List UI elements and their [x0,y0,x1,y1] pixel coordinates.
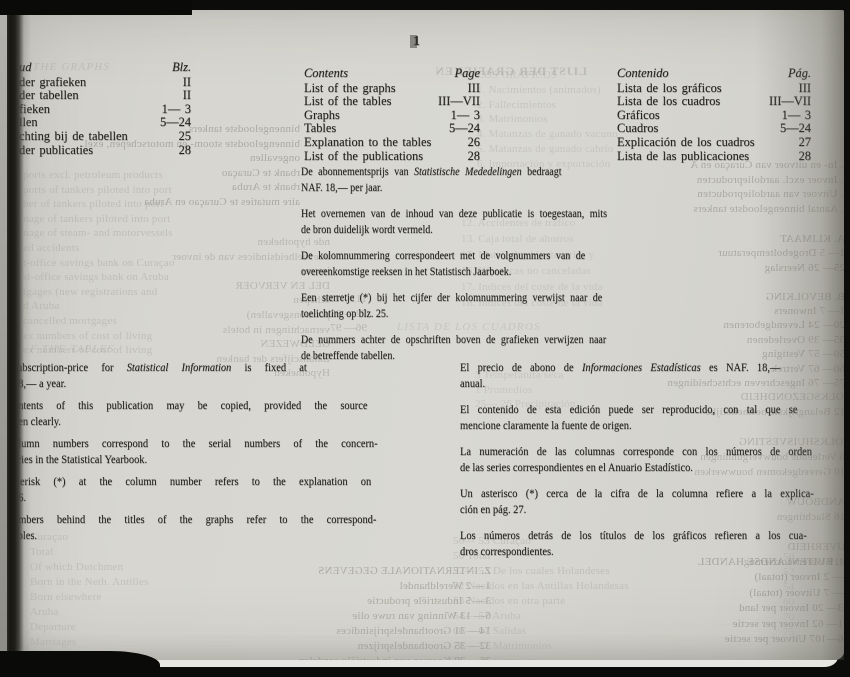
toc-page-number: III [468,82,480,96]
toc-row: Explicación de los cuadros27 [617,136,811,150]
paragraph-line: La numeración de las columnas correspond… [460,443,844,459]
toc-row: Lista de los cuadrosIII—VII [617,95,811,109]
toc-page-number: 5—24 [160,116,191,130]
toc-row: Lista de los gráficosIII [617,82,811,96]
emphasis-text: Statistical Information [127,360,232,374]
paragraph-line: Los números detrás de los títulos de los… [460,527,844,543]
text-run: anual. [460,376,485,390]
paragraph-line: toelichting op blz. 25. [301,305,597,321]
text-run: NAF. 18,— per jaar. [301,180,382,194]
text-run: bedraagt [522,164,562,178]
toc-row: Lista de las publicaciones28 [617,150,811,164]
toc-row: Explanation to the tables26 [304,136,480,150]
contents-list-spanish: Contenido Pág. Lista de los gráficosIII … [617,67,811,163]
toc-row: Gráficos1— 3 [617,109,811,123]
paragraph-line: umbers behind the titles of the graphs r… [13,511,424,527]
paragraph-line: 26. [13,489,424,505]
toc-header: ud Blz. [19,61,191,75]
toc-header-page: Blz. [172,61,191,75]
text-run: overeenkomstige reeksen in het Statistis… [301,264,511,278]
text-run: ables. [13,528,37,542]
text-run: Los números detrás de los títulos de los… [460,528,807,542]
paragraph: ontents of this publication may be copie… [13,397,424,429]
page-number: 1 [413,34,420,50]
paragraph: umbers behind the titles of the graphs r… [13,511,424,543]
toc-header: Contenido Pág. [617,67,811,81]
toc-label: Lista de los cuadros [617,95,720,109]
scanned-book-page: LIJST DER GRAFIEKENbinnengeloodste tanke… [5,10,844,660]
scan-viewport: LIJST DER GRAFIEKENbinnengeloodste tanke… [0,0,850,677]
toc-page-number: III—VII [769,95,811,109]
toc-row: Graphs1— 3 [304,109,480,123]
scan-background-corner [0,651,160,677]
page-content: 1 ud Blz. der grafiekenII der tabellenII… [5,10,844,660]
toc-row: List of the tablesIII—VII [304,95,480,109]
text-run: de bron duidelijk wordt vermeld. [301,222,433,236]
toc-page-number: 25 [179,130,191,144]
toc-label: List of the graphs [304,82,396,96]
paragraph-line: overeenkomstige reeksen in het Statistis… [301,263,597,279]
paragraph-line: ontents of this publication may be copie… [13,397,424,413]
text-run: dros correspondientes. [460,544,554,558]
toc-row: List of the publications28 [304,150,480,164]
paragraph-line: mencione claramente la fuente de origen. [460,417,844,433]
paragraph: La numeración de las columnas correspond… [460,443,844,475]
toc-page-number: 1— 3 [162,103,191,117]
toc-row: der tabellenII [19,89,191,103]
paragraph: El contenido de esta edición puede ser r… [460,401,844,433]
toc-header: Contents Page [304,67,480,81]
toc-page-number: II [183,89,191,103]
toc-page-number: 26 [468,136,480,150]
toc-label: der tabellen [19,89,79,103]
toc-label: List of the publications [304,150,423,164]
paragraph-line: eries in the Statistical Yearbook. [13,451,424,467]
text-run: De abonnementsprijs van [301,164,414,178]
paragraph-line: ables. [13,527,424,543]
toc-label: der grafieken [19,76,86,90]
toc-row: List of the graphsIII [304,82,480,96]
paragraph: sterisk (*) at the column number refers … [13,473,424,505]
scan-background-band [0,0,192,15]
paragraphs-dutch: De abonnementsprijs van Statistische Med… [301,163,597,373]
toc-row: der grafiekenII [19,76,191,90]
text-run: Un asterisco (*) cerca de la cifra de la… [460,486,814,500]
text-run: es NAF. 18,— [701,360,781,374]
text-run: de las series correspondientes en el Anu… [460,460,693,474]
text-run: De kolomnummering correspondeert met de … [301,248,585,262]
paragraph: De abonnementsprijs van Statistische Med… [301,163,597,195]
toc-label: llen [19,116,38,130]
page-stack-edge [0,12,7,657]
toc-label: Explanation to the tables [304,136,431,150]
paragraph-line: NAF. 18,— per jaar. [301,179,597,195]
toc-row: fieken1— 3 [19,103,191,117]
text-run: ción en pág. 27. [460,502,526,516]
text-run: olumn numbers correspond to the serial n… [13,436,378,450]
paragraph-line: El precio de abono de Informaciones Esta… [460,359,844,375]
paragraph: Het overnemen van de inhoud van deze pub… [301,205,597,237]
text-run: is fixed at [231,360,306,374]
toc-label: Graphs [304,109,340,123]
paragraph-line: ción en pág. 27. [460,501,844,517]
text-run: ven clearly. [13,414,61,428]
text-run: El precio de abono de [460,360,582,374]
paragraphs-spanish: El precio de abono de Informaciones Esta… [460,359,844,569]
text-run: toelichting op blz. 25. [301,306,388,320]
paragraph: Un asterisco (*) cerca de la cifra de la… [460,485,844,517]
toc-page-number: 5—24 [449,122,480,136]
text-run: 26. [13,490,26,504]
text-run: eries in the Statistical Yearbook. [13,452,147,466]
toc-page-number: 28 [179,144,191,158]
toc-label: Lista de las publicaciones [617,150,749,164]
toc-header-label: ud [19,61,31,75]
paragraph-line: ven clearly. [13,413,424,429]
paragraph: Een sterretje (*) bij het cijfer der kol… [301,289,597,321]
toc-label: der publicaties [19,144,93,158]
toc-header-page: Page [455,67,480,81]
toc-label: Explicación de los cuadros [617,136,755,150]
toc-header-label: Contents [304,67,348,81]
text-run: 18,— a year. [13,376,66,390]
paragraph-line: subscription-price for Statistical Infor… [13,359,424,375]
toc-page-number: 1— 3 [451,109,480,123]
text-run: umbers behind the titles of the graphs r… [13,512,376,526]
text-run: mencione claramente la fuente de origen. [460,418,632,432]
toc-page-number: 28 [799,150,811,164]
paragraphs-english: subscription-price for Statistical Infor… [13,359,424,549]
paragraph-line: sterisk (*) at the column number refers … [13,473,424,489]
toc-page-number: 27 [799,136,811,150]
text-run: subscription-price for [13,360,127,374]
text-run: De nummers achter de opschriften boven d… [301,332,606,346]
paragraph-line: Een sterretje (*) bij het cijfer der kol… [301,289,597,305]
paragraph-line: De abonnementsprijs van Statistische Med… [301,163,597,179]
toc-row: llen5—24 [19,116,191,130]
toc-label: List of the tables [304,95,391,109]
paragraph: olumn numbers correspond to the serial n… [13,435,424,467]
text-run: El contenido de esta edición puede ser r… [460,402,797,416]
toc-page-number: 5—24 [780,122,811,136]
text-run: sterisk (*) at the column number refers … [13,474,371,488]
toc-row: Cuadros5—24 [617,122,811,136]
text-run: Een sterretje (*) bij het cijfer der kol… [301,290,602,304]
paragraph: Los números detrás de los títulos de los… [460,527,844,559]
paragraph: subscription-price for Statistical Infor… [13,359,424,391]
toc-page-number: II [183,76,191,90]
paragraph: El precio de abono de Informaciones Esta… [460,359,844,391]
toc-row: Tables5—24 [304,122,480,136]
paragraph-line: El contenido de esta edición puede ser r… [460,401,844,417]
emphasis-text: Statistische Mededelingen [414,164,522,178]
toc-page-number: III [799,82,811,96]
paragraph-line: dros correspondientes. [460,543,844,559]
toc-label: fieken [19,103,50,117]
toc-header-page: Pág. [788,67,811,81]
text-run: ontents of this publication may be copie… [13,398,367,412]
paragraph-line: de las series correspondientes en el Anu… [460,459,844,475]
toc-row: der publicaties28 [19,144,191,158]
text-run: Het overnemen van de inhoud van deze pub… [301,206,607,220]
toc-label: Gráficos [617,109,660,123]
contents-list-dutch: ud Blz. der grafiekenII der tabellenII f… [19,61,191,157]
toc-label: chting bij de tabellen [19,130,128,144]
paragraph-line: olumn numbers correspond to the serial n… [13,435,424,451]
paragraph-line: anual. [460,375,844,391]
toc-page-number: 1— 3 [782,109,811,123]
paragraph-line: De kolomnummering correspondeert met de … [301,247,597,263]
paragraph-line: Un asterisco (*) cerca de la cifra de la… [460,485,844,501]
contents-list-english: Contents Page List of the graphsIII List… [304,67,480,163]
paragraph-line: Het overnemen van de inhoud van deze pub… [301,205,597,221]
toc-header-label: Contenido [617,67,669,81]
toc-page-number: III—VII [438,95,480,109]
paragraph-line: De nummers achter de opschriften boven d… [301,331,597,347]
toc-label: Cuadros [617,122,658,136]
toc-page-number: 28 [468,150,480,164]
paragraph-line: de bron duidelijk wordt vermeld. [301,221,597,237]
emphasis-text: Informaciones Estadísticas [582,360,701,374]
toc-label: Tables [304,122,336,136]
paragraph-line: 18,— a year. [13,375,424,391]
toc-row: chting bij de tabellen25 [19,130,191,144]
toc-label: Lista de los gráficos [617,82,722,96]
paragraph: De kolomnummering correspondeert met de … [301,247,597,279]
text-run: La numeración de las columnas correspond… [460,444,812,458]
